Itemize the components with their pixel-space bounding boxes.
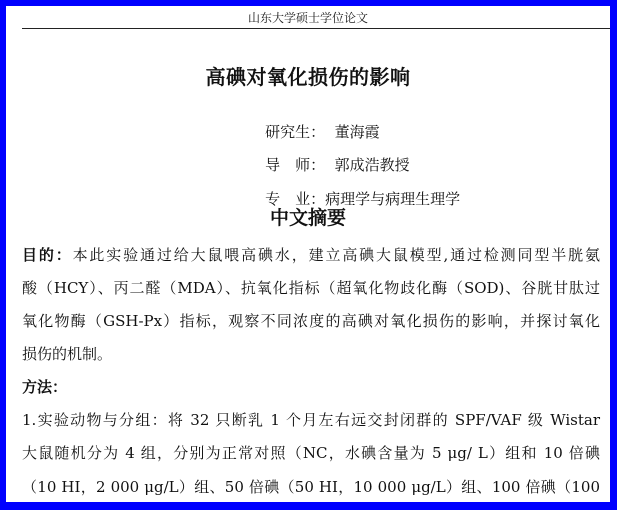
header-rule [22,28,610,29]
running-header: 山东大学硕士学位论文 [6,10,610,26]
document-page: 山东大学硕士学位论文 高碘对氧化损伤的影响 研究生： 董海霞 导 师： 郭成浩教… [6,6,610,502]
purpose-line: 酸（HCY）、丙二醛（MDA）、抗氧化指标（超氧化物歧化酶（SOD)、谷胱甘肽过 [22,278,600,298]
thesis-title: 高碘对氧化损伤的影响 [6,64,610,90]
abstract-heading: 中文摘要 [6,206,610,230]
purpose-line: 目的：本此实验通过给大鼠喂高碘水，建立高碘大鼠模型,通过检测同型半胱氨 [22,245,600,265]
methods-line: （10 HI，2 000 μg/L）组、50 倍碘（50 HI，10 000 μ… [22,477,600,497]
purpose-line: 氧化物酶（GSH-Px）指标，观察不同浓度的高碘对氧化损伤的影响，并探讨氧化 [22,311,600,331]
purpose-text: 本此实验通过给大鼠喂高碘水，建立高碘大鼠模型,通过检测同型半胱氨 [73,246,600,264]
methods-line: 1.实验动物与分组：将 32 只断乳 1 个月左右远交封闭群的 SPF/VAF … [22,410,600,430]
methods-heading: 方法： [22,377,67,397]
purpose-lead: 目的： [22,246,73,264]
purpose-line: 损伤的机制。 [22,344,600,364]
methods-line: 大鼠随机分为 4 组，分别为正常对照（NC，水碘含量为 5 μg/ L）组和 1… [22,443,600,463]
